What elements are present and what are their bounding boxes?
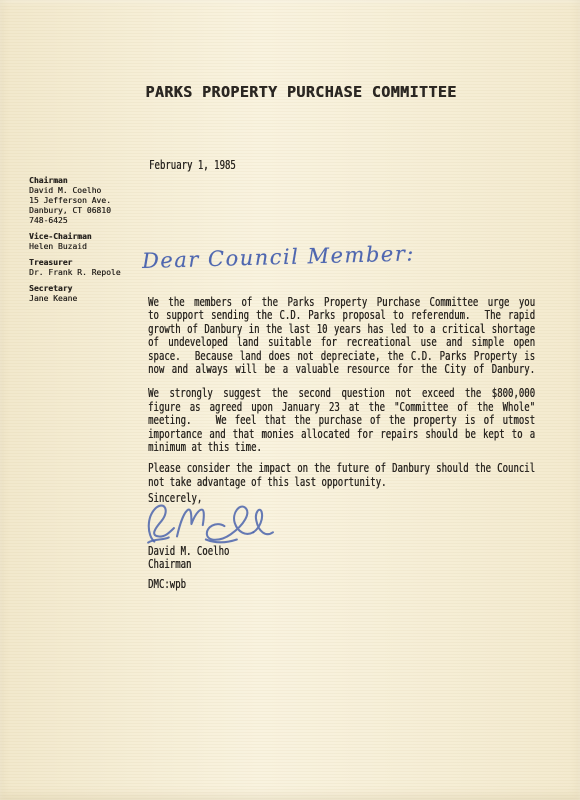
paragraph: Please consider the impact on the future…	[148, 462, 535, 489]
letterhead-officers: ChairmanDavid M. Coelho15 Jefferson Ave.…	[29, 176, 154, 310]
officer-role: Vice-Chairman	[29, 232, 154, 242]
officer-role: Secretary	[29, 284, 154, 294]
typed-line: We strongly suggest the second question …	[148, 387, 535, 400]
typed-line: We the members of the Parks Property Pur…	[148, 296, 535, 309]
signature-icon	[144, 500, 276, 546]
letter-page: PARKS PROPERTY PURCHASE COMMITTEE Chairm…	[0, 0, 580, 800]
typed-line: importance and that monies allocated for…	[148, 428, 535, 441]
signature-block: David M. Coelho Chairman	[148, 545, 229, 572]
officer-line: Danbury, CT 06810	[29, 206, 154, 216]
officer-block: TreasurerDr. Frank R. Repole	[29, 258, 154, 278]
officer-line: 748-6425	[29, 216, 154, 226]
typed-line: minimum at this time.	[148, 441, 535, 454]
typed-line: Please consider the impact on the future…	[148, 462, 535, 475]
typed-line: of undeveloped land suitable for recreat…	[148, 336, 535, 349]
typed-line: growth of Danbury in the last 10 years h…	[148, 323, 535, 336]
typed-line: meeting. We feel that the purchase of th…	[148, 414, 535, 427]
typed-line: figure as agreed upon January 23 at the …	[148, 401, 535, 414]
signer-title: Chairman	[148, 558, 229, 571]
letter-date: February 1, 1985	[149, 159, 236, 172]
paragraph: We the members of the Parks Property Pur…	[148, 296, 535, 376]
officer-role: Chairman	[29, 176, 154, 186]
typed-line: space. Because land does not depreciate,…	[148, 350, 535, 363]
reference-initials: DMC:wpb	[148, 578, 186, 591]
officer-line: David M. Coelho	[29, 186, 154, 196]
officer-line: 15 Jefferson Ave.	[29, 196, 154, 206]
handwritten-salutation: Dear Council Member:	[142, 240, 423, 274]
officer-block: ChairmanDavid M. Coelho15 Jefferson Ave.…	[29, 176, 154, 226]
officer-block: SecretaryJane Keane	[29, 284, 154, 304]
officer-line: Jane Keane	[29, 294, 154, 304]
typed-line: to support sending the C.D. Parks propos…	[148, 309, 535, 322]
letter-body: We the members of the Parks Property Pur…	[148, 296, 535, 489]
letterhead-title: PARKS PROPERTY PURCHASE COMMITTEE	[11, 84, 580, 100]
typed-line: not take advantage of this last opportun…	[148, 476, 535, 489]
officer-line: Helen Buzaid	[29, 242, 154, 252]
officer-line: Dr. Frank R. Repole	[29, 268, 154, 278]
typed-line: now and always will be a valuable resour…	[148, 363, 535, 376]
officer-role: Treasurer	[29, 258, 154, 268]
paragraph: We strongly suggest the second question …	[148, 387, 535, 454]
officer-block: Vice-ChairmanHelen Buzaid	[29, 232, 154, 252]
signer-name: David M. Coelho	[148, 545, 229, 558]
